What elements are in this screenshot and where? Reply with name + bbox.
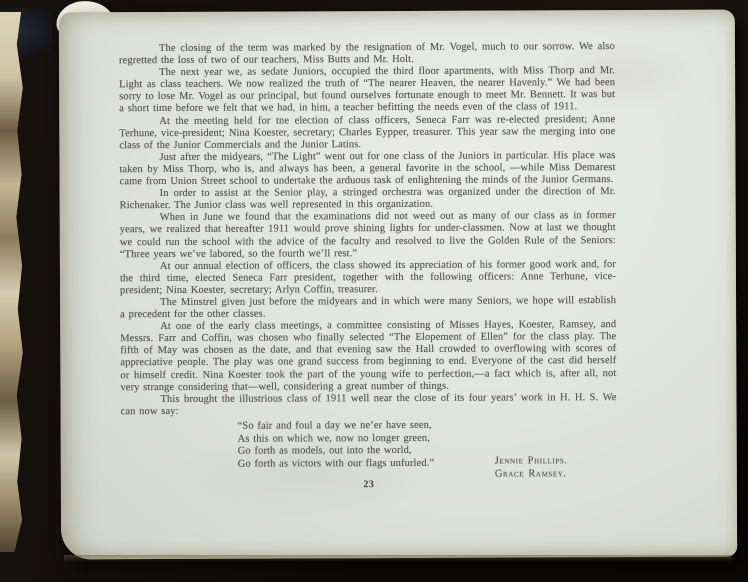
paragraph: Just after the midyears, “The Light” wen…	[119, 150, 615, 188]
paragraph: In order to assist at the Senior play, a…	[120, 186, 616, 212]
paragraph: When in June we found that the examinati…	[120, 210, 616, 261]
page-text: The closing of the term was marked by th…	[119, 41, 617, 506]
book-page: The closing of the term was marked by th…	[59, 10, 737, 560]
page-footer: “So fair and foul a day we ne’er have se…	[121, 418, 617, 506]
page-shadow	[64, 555, 732, 562]
quote-line: Go forth as victors with our flags unfur…	[238, 458, 434, 472]
book-photo: The closing of the term was marked by th…	[0, 0, 748, 582]
paragraph: This brought the illustrious class of 19…	[120, 392, 616, 418]
author-signatures: Jennie Phillips. Grace Ramsey.	[495, 455, 568, 481]
page-number: 23	[121, 478, 617, 492]
paragraph: The next year we, as sedate Juniors, occ…	[119, 65, 615, 116]
quote-line: Go forth as models, out into the world,	[238, 445, 434, 459]
signature-jennie-phillips: Jennie Phillips.	[495, 455, 568, 468]
paragraph: At the meeting held for tne election of …	[119, 114, 615, 152]
closing-quote: “So fair and foul a day we ne’er have se…	[238, 420, 435, 472]
paragraph: At one of the early class meetings, a co…	[120, 319, 616, 394]
quote-line: “So fair and foul a day we ne’er have se…	[238, 420, 434, 434]
paragraph: The closing of the term was marked by th…	[119, 41, 615, 67]
paragraph: At our annual election of officers, the …	[120, 259, 616, 297]
paragraph: The Minstrel given just before the midye…	[120, 295, 616, 321]
page-edge-stack	[0, 12, 24, 552]
